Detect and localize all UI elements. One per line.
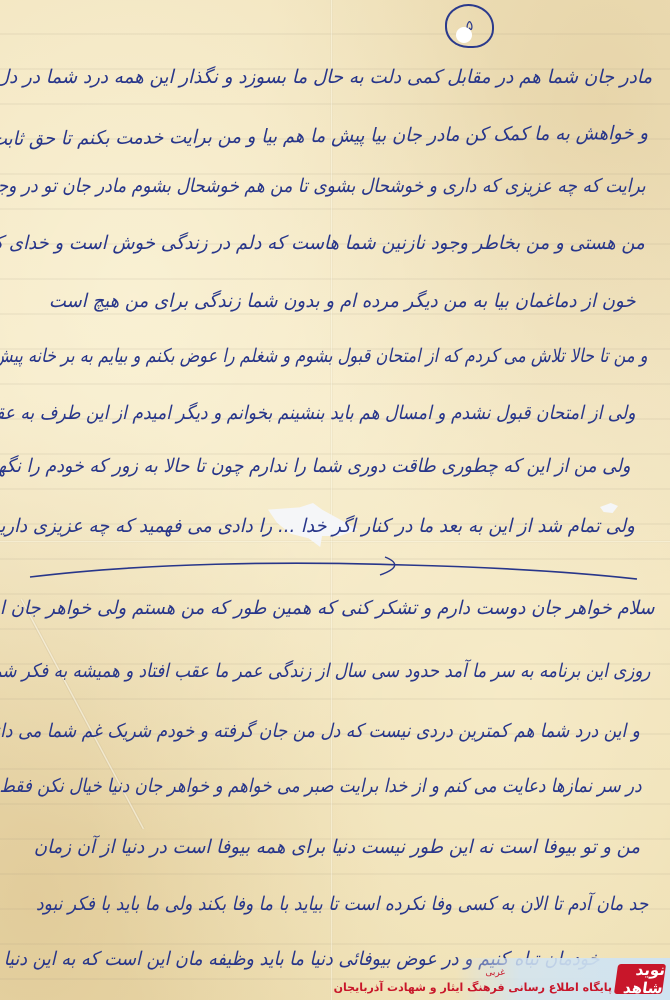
letter-line: ولی از امتحان قبول نشدم و امسال هم باید …	[0, 402, 635, 424]
letter-line: جد مان آدم تا الان به کسی وفا نکرده است …	[36, 893, 648, 915]
letter-line: و من تا حالا تلاش می کردم که از امتحان ق…	[0, 345, 648, 367]
letter-line: من و تو بیوفا است نه این طور نیست دنیا ب…	[34, 836, 640, 858]
watermark-subtitle: غربی	[485, 968, 505, 978]
watermark-caption: پایگاه اطلاع رسانی فرهنگ ایثار و شهادت آ…	[334, 981, 612, 994]
watermark-logo: نوید شاهد	[614, 964, 666, 994]
letter-line: ولی تمام شد از این به بعد ما در کنار اگر…	[0, 515, 635, 537]
letter-line: خون از دماغمان بیا به من دیگر مرده ام و …	[48, 290, 635, 312]
letter-body: مادر جان شما هم در مقابل کمی دلت به حال …	[0, 0, 670, 1000]
letter-line: من هستی و من بخاطر وجود نازنین شما هاست …	[0, 232, 645, 254]
letter-line: مادر جان شما هم در مقابل کمی دلت به حال …	[0, 66, 652, 88]
letter-line: در سر نمازها دعایت می کنم و از خدا برایت…	[0, 775, 642, 797]
letter-line: برایت که چه عزیزی که داری و خوشحال بشوی …	[0, 175, 646, 197]
watermark-logo-text: نوید شاهد	[613, 961, 666, 997]
letter-line: و خواهش به ما کمک کن مادر جان بیا پیش ما…	[0, 122, 648, 150]
letter-line: روزی این برنامه به سر ما آمد حدود سی سال…	[0, 660, 650, 682]
letter-line: سلام خواهر جان دوست دارم و تشکر کنی که ه…	[0, 597, 655, 619]
letter-line: ولی من از این که چطوری طاقت دوری شما را …	[0, 455, 630, 477]
watermark-banner: غربی پایگاه اطلاع رسانی فرهنگ ایثار و شه…	[455, 958, 670, 1000]
section-divider-stroke	[25, 555, 645, 585]
letter-line: و این درد شما هم کمترین دردی نیست که دل …	[0, 720, 640, 742]
